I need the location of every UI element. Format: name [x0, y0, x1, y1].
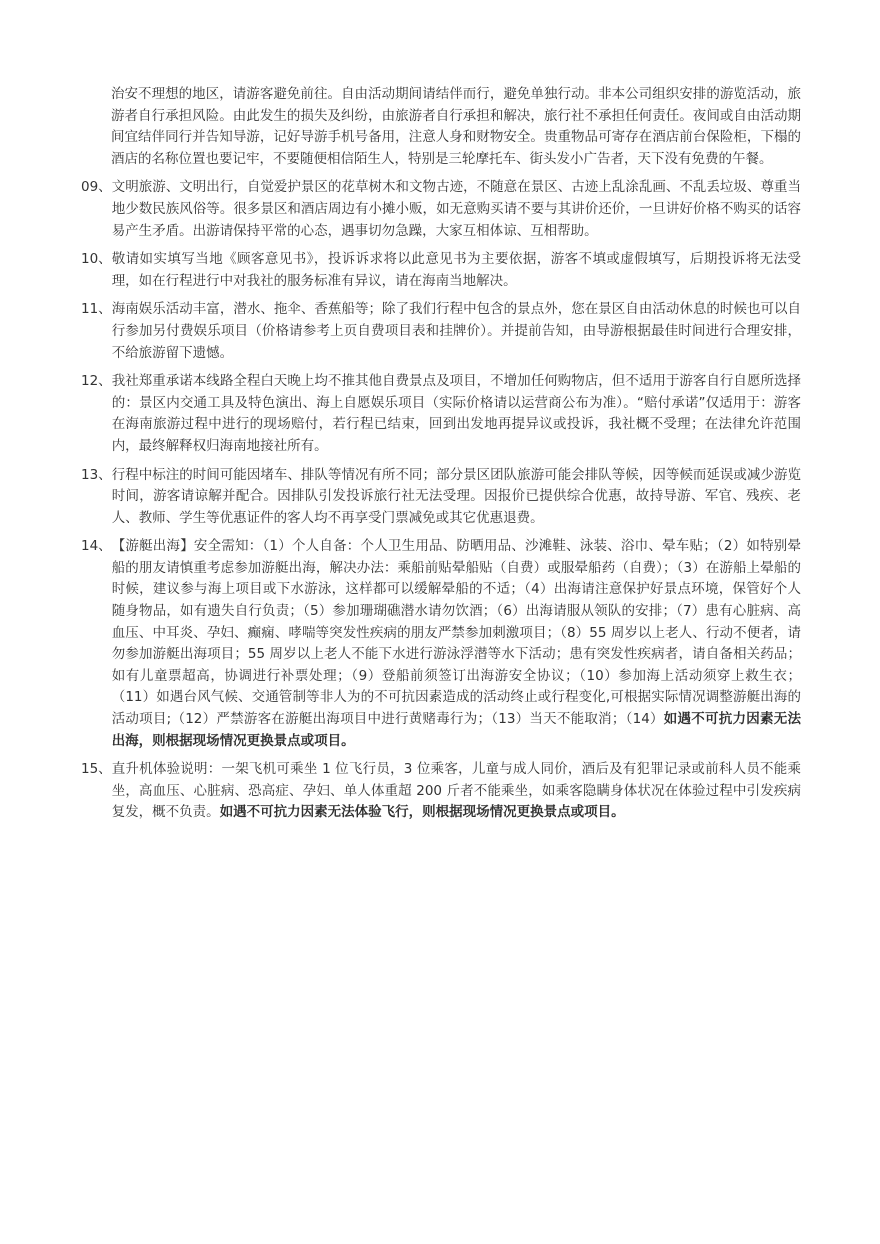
item-number: 11、 [81, 299, 112, 321]
item-11: 11、 海南娱乐活动丰富，潜水、拖伞、香蕉船等；除了我们行程中包含的景点外，您在… [81, 299, 801, 364]
item-15: 15、 直升机体验说明：一架飞机可乘坐 1 位飞行员，3 位乘客，儿童与成人同价… [81, 759, 801, 824]
item-text: 我社郑重承诺本线路全程白天晚上均不推其他自费景点及项目，不增加任何购物店，但不适… [112, 371, 801, 457]
item-number: 15、 [81, 759, 112, 781]
item-number: 14、 [81, 536, 112, 558]
item-14: 14、 【游艇出海】安全需知：（1）个人自备：个人卫生用品、防晒用品、沙滩鞋、泳… [81, 536, 801, 752]
paragraph-list: 治安不理想的地区，请游客避免前往。自由活动期间请结伴而行，避免单独行动。非本公司… [81, 84, 801, 824]
item-number: 13、 [81, 465, 112, 487]
item-text: 文明旅游、文明出行，自觉爱护景区的花草树木和文物古迹，不随意在景区、古迹上乱涂乱… [112, 177, 801, 242]
item-number: 12、 [81, 371, 112, 393]
item-text: 敬请如实填写当地《顾客意见书》，投诉诉求将以此意见书为主要依据，游客不填或虚假填… [112, 249, 801, 292]
intro-continuation: 治安不理想的地区，请游客避免前往。自由活动期间请结伴而行，避免单独行动。非本公司… [81, 84, 801, 170]
item-text: 直升机体验说明：一架飞机可乘坐 1 位飞行员，3 位乘客，儿童与成人同价，酒后及… [112, 759, 801, 824]
document-page: 治安不理想的地区，请游客避免前往。自由活动期间请结伴而行，避免单独行动。非本公司… [0, 0, 880, 1244]
item-09: 09、 文明旅游、文明出行，自觉爱护景区的花草树木和文物古迹，不随意在景区、古迹… [81, 177, 801, 242]
item-13: 13、 行程中标注的时间可能因堵车、排队等情况有所不同；部分景区团队旅游可能会排… [81, 465, 801, 530]
item-text: 【游艇出海】安全需知：（1）个人自备：个人卫生用品、防晒用品、沙滩鞋、泳装、浴巾… [112, 536, 801, 752]
item-text: 海南娱乐活动丰富，潜水、拖伞、香蕉船等；除了我们行程中包含的景点外，您在景区自由… [112, 299, 801, 364]
item-number: 10、 [81, 249, 112, 271]
item-number: 09、 [81, 177, 112, 199]
item-text: 行程中标注的时间可能因堵车、排队等情况有所不同；部分景区团队旅游可能会排队等候，… [112, 465, 801, 530]
item-text: 治安不理想的地区，请游客避免前往。自由活动期间请结伴而行，避免单独行动。非本公司… [111, 84, 801, 170]
item-12: 12、 我社郑重承诺本线路全程白天晚上均不推其他自费景点及项目，不增加任何购物店… [81, 371, 801, 457]
item-10: 10、 敬请如实填写当地《顾客意见书》，投诉诉求将以此意见书为主要依据，游客不填… [81, 249, 801, 292]
